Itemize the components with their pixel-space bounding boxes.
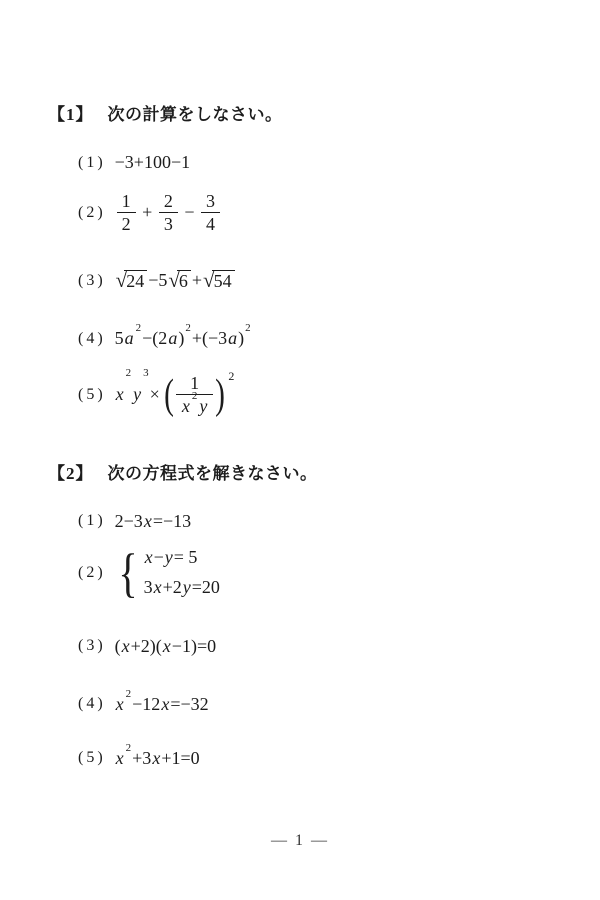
problem-label: (5) (78, 386, 106, 404)
problem-1-3: (3) √24−5√6+√54 (78, 270, 552, 291)
section-2-number: 【2】 (48, 459, 94, 484)
problem-label: (3) (78, 637, 106, 655)
section-1-number: 【1】 (48, 100, 94, 125)
problem-label: (1) (78, 154, 106, 172)
page-number: — 1 — (0, 832, 600, 850)
problem-2-3: (3) (x+2)(x−1)=0 (78, 636, 552, 657)
problem-label: (3) (78, 272, 106, 290)
problem-expression: 5a2−(2a)2+(−3a)2 (115, 328, 252, 349)
problem-label: (4) (78, 695, 106, 713)
problem-1-2: (2) 12 + 23 − 34 (78, 191, 552, 234)
problem-expression: √24−5√6+√54 (115, 270, 236, 291)
problem-label: (2) (78, 204, 106, 222)
section-1-heading: 【1】 次の計算をしなさい。 (48, 100, 552, 125)
problem-2-1: (1) 2−3x=−13 (78, 511, 552, 532)
problem-expression: x2y3×(1x2y)2 (115, 373, 235, 416)
problem-label: (2) (78, 564, 106, 582)
problem-2-4: (4) x2−12x=−32 (78, 694, 552, 715)
problem-2-2: (2) {x−y= 53x+2y=20 (78, 546, 552, 600)
problem-label: (4) (78, 330, 106, 348)
problem-expression: −3+100−1 (115, 152, 190, 173)
problem-expression: x2+3x+1=0 (115, 748, 200, 769)
problem-expression: {x−y= 53x+2y=20 (115, 546, 220, 600)
problem-2-5: (5) x2+3x+1=0 (78, 748, 552, 769)
section-2-instruction: 次の方程式を解きなさい。 (108, 459, 318, 484)
worksheet-page: 【1】 次の計算をしなさい。 (1) −3+100−1 (2) 12 + 23 … (0, 0, 600, 900)
problem-expression: 12 + 23 − 34 (115, 191, 222, 234)
problem-1-4: (4) 5a2−(2a)2+(−3a)2 (78, 328, 552, 349)
problem-expression: x2−12x=−32 (115, 694, 209, 715)
problem-expression: (x+2)(x−1)=0 (115, 636, 216, 657)
problem-label: (1) (78, 512, 106, 530)
problem-expression: 2−3x=−13 (115, 511, 191, 532)
problem-1-1: (1) −3+100−1 (78, 152, 552, 173)
problem-1-5: (5) x2y3×(1x2y)2 (78, 373, 552, 416)
problem-label: (5) (78, 749, 106, 767)
section-1-instruction: 次の計算をしなさい。 (108, 100, 283, 125)
section-2-heading: 【2】 次の方程式を解きなさい。 (48, 459, 552, 484)
